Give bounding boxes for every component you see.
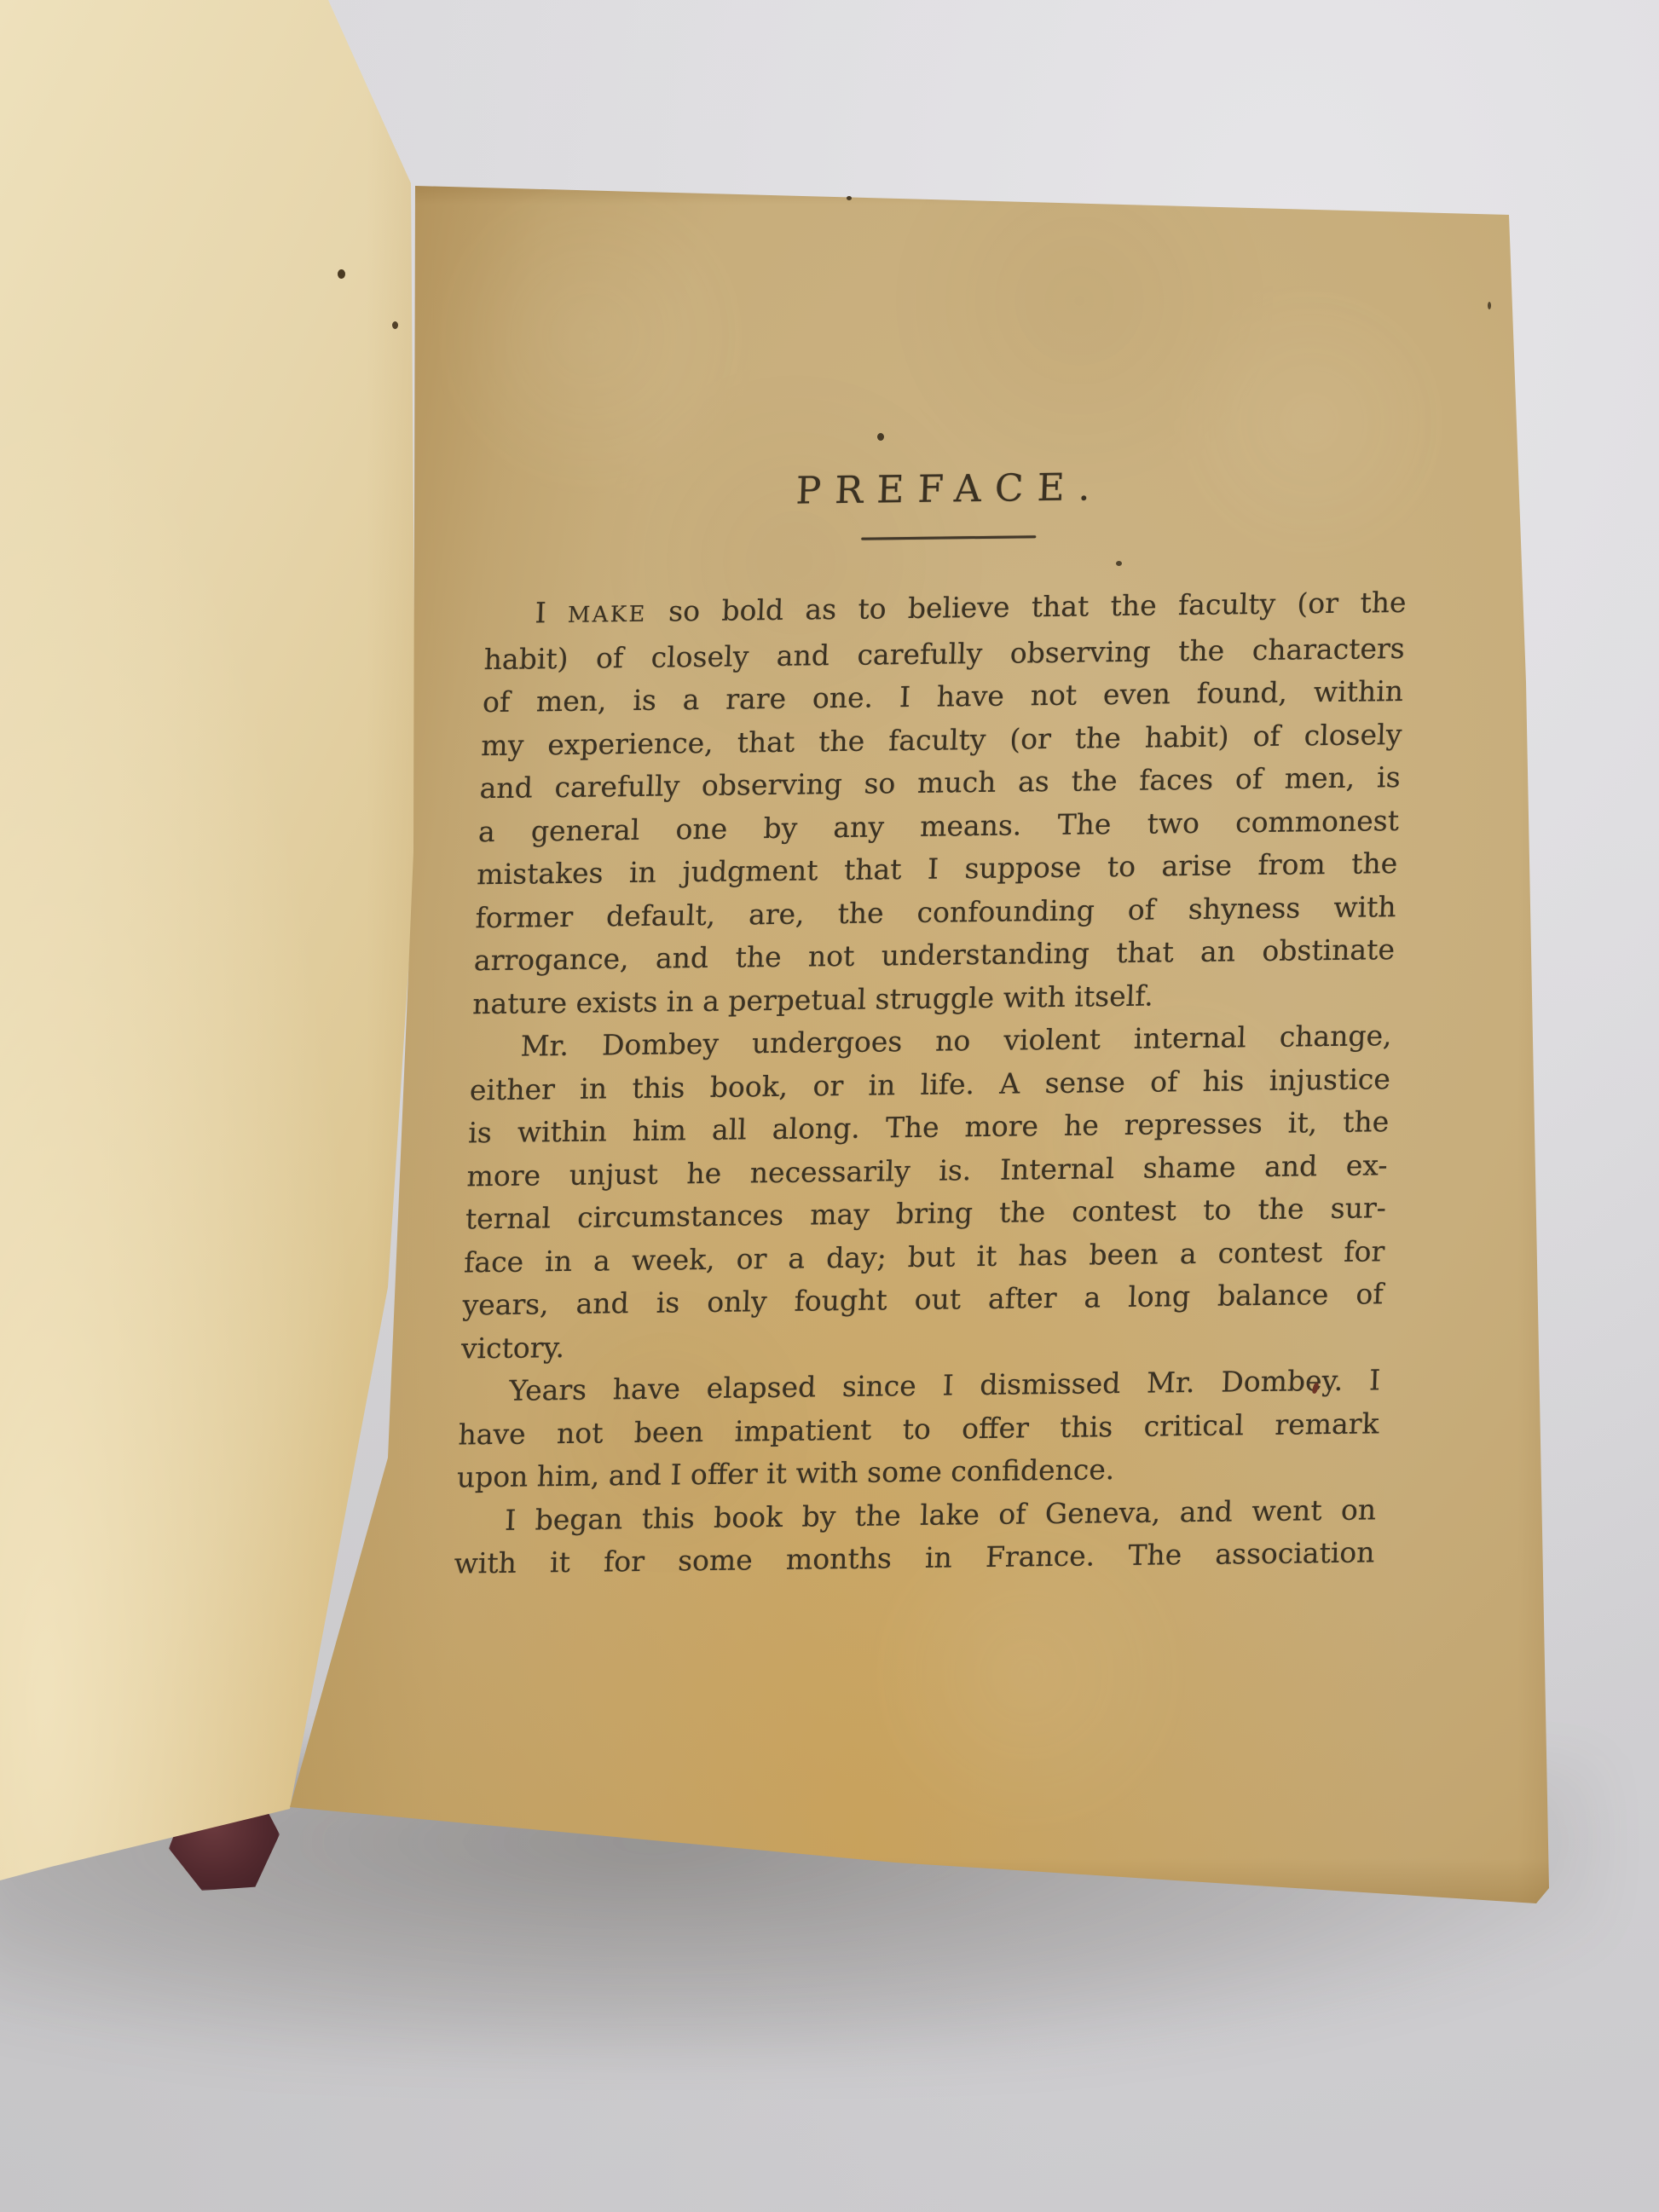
paragraph-4: I began this book by the lake of Geneva,… [454, 1488, 1377, 1585]
preface-body: I MAKE so bold as to believe that the fa… [454, 581, 1408, 1585]
book-photo: PREFACE. I MAKE so bold as to believe th… [0, 0, 1659, 2212]
age-spot [1488, 302, 1491, 309]
lead-word: I [535, 596, 569, 629]
wormhole-spot [338, 269, 345, 279]
paragraph-1: I MAKE so bold as to believe that the fa… [472, 581, 1408, 1025]
paragraph-2: Mr. Dombey undergoes no violent internal… [460, 1014, 1392, 1370]
title-divider-rule [861, 535, 1036, 540]
wormhole-spot [392, 321, 398, 329]
age-spot [1116, 561, 1122, 566]
paragraph-3: Years have elapsed since I dismissed Mr.… [456, 1359, 1381, 1499]
printed-text-block: PREFACE. I MAKE so bold as to believe th… [454, 463, 1411, 1585]
line-rest: so bold as to believe that the faculty (… [646, 586, 1407, 628]
age-spot [847, 196, 852, 200]
age-spot [877, 433, 884, 441]
smallcaps-word: MAKE [567, 602, 647, 628]
